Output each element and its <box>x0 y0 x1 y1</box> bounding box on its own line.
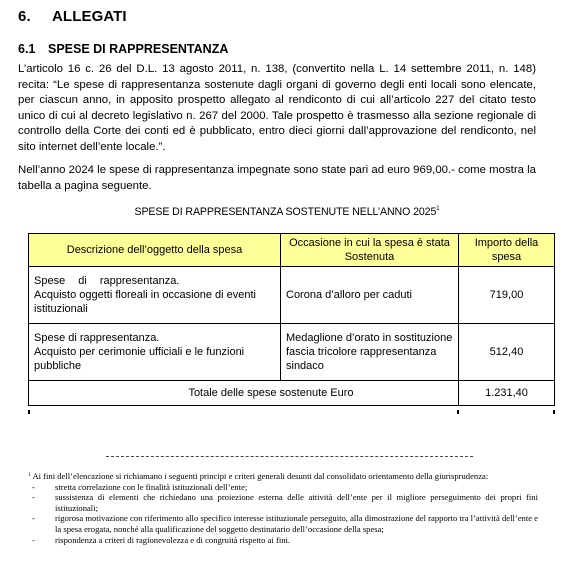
cell-occasion: Medaglione d’orato in sostituzione fasci… <box>281 324 459 381</box>
subsection-number: 6.1 <box>18 42 48 56</box>
table-border-tick <box>553 410 555 414</box>
description-line-1: Spese di rappresentanza. <box>34 331 275 345</box>
footnote-intro-text: Ai fini dell’elencazione si richiamano i… <box>32 471 488 481</box>
cell-description: Spese di rappresentanza. Acquisto per ce… <box>29 324 281 381</box>
column-header-occasion: Occasione in cui la spesa è stata Sosten… <box>281 234 459 267</box>
description-line-1: Spese di rappresentanza. <box>34 274 275 288</box>
footnote-criteria-list: -stretta correlazione con le finalità is… <box>28 482 538 546</box>
section-heading: 6.ALLEGATI <box>18 8 127 25</box>
footnote: 1 Ai fini dell’elencazione si richiamano… <box>28 470 538 545</box>
table-border-tick <box>28 410 30 414</box>
table-header-row: Descrizione dell’oggetto della spesa Occ… <box>29 234 555 267</box>
table-total-row: Totale delle spese sostenute Euro 1.231,… <box>29 381 555 406</box>
dash-bullet: - <box>32 535 35 546</box>
expenses-table: Descrizione dell’oggetto della spesa Occ… <box>28 233 555 406</box>
section-number: 6. <box>18 8 52 25</box>
total-label: Totale delle spese sostenute Euro <box>29 381 459 406</box>
cell-amount: 719,00 <box>459 267 555 324</box>
list-item: -rigorosa motivazione con riferimento al… <box>28 513 538 534</box>
list-item-text: sussistenza di elementi che richiedano u… <box>55 492 538 513</box>
subsection-title: SPESE DI RAPPRESENTANZA <box>48 42 228 56</box>
section-title: ALLEGATI <box>52 8 127 25</box>
table-border-tick <box>457 410 459 414</box>
list-item: -sussistenza di elementi che richiedano … <box>28 492 538 513</box>
list-item: -stretta correlazione con le finalità is… <box>28 482 538 493</box>
list-item-text: rigorosa motivazione con riferimento all… <box>55 513 538 534</box>
list-item-text: stretta correlazione con le finalità ist… <box>55 482 247 492</box>
footnote-intro: 1 Ai fini dell’elencazione si richiamano… <box>28 470 538 482</box>
description-line-2: Acquisto per cerimonie ufficiali e le fu… <box>34 345 275 373</box>
summary-paragraph: Nell’anno 2024 le spese di rappresentanz… <box>18 163 536 194</box>
table-row: Spese di rappresentanza. Acquisto per ce… <box>29 324 555 381</box>
footnote-number: 1 <box>28 472 31 478</box>
cell-description: Spese di rappresentanza. Acquisto oggett… <box>29 267 281 324</box>
list-item: -rispondenza a criteri di ragionevolezza… <box>28 535 538 546</box>
cell-occasion: Corona d’alloro per caduti <box>281 267 459 324</box>
dash-bullet: - <box>32 513 35 524</box>
table-title-text: SPESE DI RAPPRESENTANZA SOSTENUTE NELL’A… <box>135 206 437 218</box>
dash-bullet: - <box>32 492 35 503</box>
column-header-description: Descrizione dell’oggetto della spesa <box>29 234 281 267</box>
column-header-amount: Importo della spesa <box>459 234 555 267</box>
description-line-2: Acquisto oggetti floreali in occasione d… <box>34 288 275 316</box>
footnote-reference[interactable]: 1 <box>436 206 439 212</box>
law-citation-paragraph: L’articolo 16 c. 26 del D.L. 13 agosto 2… <box>18 62 536 155</box>
list-item-text: rispondenza a criteri di ragionevolezza … <box>55 535 290 545</box>
total-amount: 1.231,40 <box>459 381 555 406</box>
dash-bullet: - <box>32 482 35 493</box>
table-title: SPESE DI RAPPRESENTANZA SOSTENUTE NELL’A… <box>18 206 556 218</box>
table-row: Spese di rappresentanza. Acquisto oggett… <box>29 267 555 324</box>
cell-amount: 512,40 <box>459 324 555 381</box>
footnote-separator <box>106 456 473 457</box>
subsection-heading: 6.1SPESE DI RAPPRESENTANZA <box>18 42 228 56</box>
